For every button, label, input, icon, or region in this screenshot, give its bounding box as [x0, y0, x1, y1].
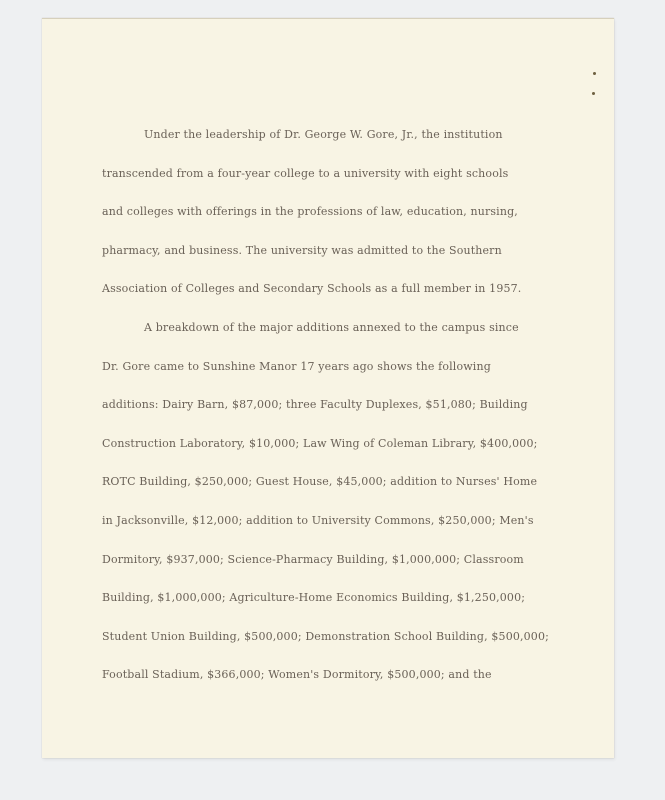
text-line: transcended from a four-year college to …	[102, 155, 552, 194]
text-line: pharmacy, and business. The university w…	[102, 232, 552, 271]
text-line: ROTC Building, $250,000; Guest House, $4…	[102, 463, 552, 502]
text-line: and colleges with offerings in the profe…	[102, 193, 552, 232]
paragraph-additions: A breakdown of the major additions annex…	[102, 309, 552, 695]
paper-speck	[592, 92, 595, 95]
text-line: Dormitory, $937,000; Science-Pharmacy Bu…	[102, 541, 552, 580]
text-line: Student Union Building, $500,000; Demons…	[102, 618, 552, 657]
text-line: Construction Laboratory, $10,000; Law Wi…	[102, 425, 552, 464]
document-body: Under the leadership of Dr. George W. Go…	[102, 116, 552, 695]
text-line: additions: Dairy Barn, $87,000; three Fa…	[102, 386, 552, 425]
text-line: Dr. Gore came to Sunshine Manor 17 years…	[102, 348, 552, 387]
text-line: in Jacksonville, $12,000; addition to Un…	[102, 502, 552, 541]
text-line: Under the leadership of Dr. George W. Go…	[102, 116, 552, 155]
text-line: A breakdown of the major additions annex…	[102, 309, 552, 348]
paragraph-leadership: Under the leadership of Dr. George W. Go…	[102, 116, 552, 309]
text-line: Football Stadium, $366,000; Women's Dorm…	[102, 656, 552, 695]
text-line: Building, $1,000,000; Agriculture-Home E…	[102, 579, 552, 618]
text-line: Association of Colleges and Secondary Sc…	[102, 270, 552, 309]
paper-speck	[593, 72, 596, 75]
document-page: Under the leadership of Dr. George W. Go…	[42, 18, 614, 758]
